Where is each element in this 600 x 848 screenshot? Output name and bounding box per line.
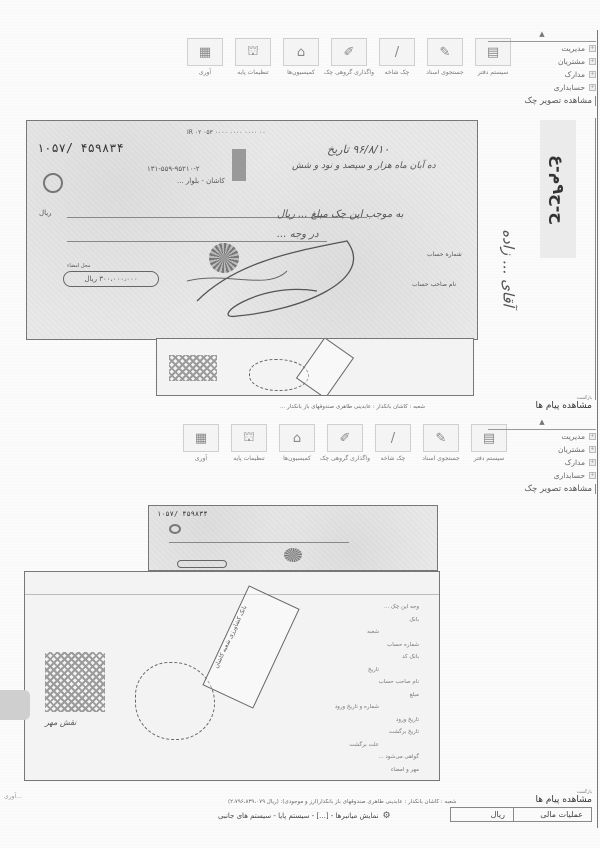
calendar-icon: ▦	[187, 38, 223, 66]
toolbar-button-label: کمیسیون‌ها	[287, 69, 315, 76]
menu-folder-icon: +	[589, 433, 596, 440]
toolbar-button[interactable]: ✎جستجوی اسناد	[420, 424, 462, 462]
cheque-date: ۹۶/۸/۱۰ تاریخ	[327, 143, 389, 156]
document-search-icon: ✎	[423, 424, 459, 452]
date-in-words: ده آبان ماه هزار و سیصد و نود و شش	[292, 161, 436, 171]
signature-scribble	[177, 221, 377, 331]
sheba-number: IR ۰۲ ۰۵۳ ۰۰۰۰ ۰۰۰۰ ۰۰۰۰ ۰۰	[187, 129, 266, 136]
menu-folder-icon: +	[589, 84, 596, 91]
rial-label: ریال	[39, 209, 52, 217]
form-line: شماره حساب	[387, 642, 419, 648]
side-menu-item-label: حسابداری	[554, 83, 585, 92]
bank-icon: ⛫	[231, 424, 267, 452]
messages-header-bottom[interactable]: بازگشت مشاهده پیام ها	[535, 790, 592, 805]
toolbar-button-label: آوری	[195, 455, 207, 462]
gear-icon[interactable]: ⚙	[383, 811, 391, 821]
side-menu-item[interactable]: +مدیریت	[488, 430, 596, 443]
side-menu-item-label: مدارک	[565, 458, 585, 467]
signature-note: محل امضاء	[67, 263, 91, 269]
footer-nav-text[interactable]: نمایش میانبرها - [...] - سیستم پایا - سی…	[218, 812, 379, 820]
branch-text: کاشان - بلوار ...	[177, 177, 225, 185]
form-line: تاریخ ورود	[396, 717, 419, 723]
reference-code-tag: ح-ح۹م-ع	[540, 120, 576, 258]
toolbar-button-label: تنظیمات پایه	[237, 69, 268, 76]
bank-icon: ⛫	[235, 38, 271, 66]
toolbar-button-label: تنظیمات پایه	[233, 455, 264, 462]
amount-box: ۳۰۰،۰۰۰،۰۰۰ ریال	[63, 271, 159, 287]
menu-folder-icon: +	[589, 472, 596, 479]
side-menu-item[interactable]: +مشتریان	[488, 55, 596, 68]
bank-logo	[232, 149, 246, 181]
document-search-icon: ✎	[427, 38, 463, 66]
toolbar-button[interactable]: ⛫تنظیمات پایه	[228, 424, 270, 462]
toolbar-button[interactable]: ▦آوری	[184, 38, 226, 76]
toolbar-button-label: واگذاری گروهی چک	[320, 455, 370, 462]
cheque-back-thumbnail	[156, 338, 474, 396]
bank-emblem	[43, 173, 63, 193]
toolbar-button-label: جستجوی اسناد	[426, 69, 463, 76]
form-line: تاریخ برگشت	[389, 729, 419, 735]
bank-pattern	[45, 652, 105, 712]
toolbar-button-label: چک شاخه	[381, 455, 406, 462]
pen-icon: /	[375, 424, 411, 452]
currency-field[interactable]: ریال	[451, 808, 513, 821]
menu-folder-icon: +	[589, 45, 596, 52]
toolbar-button[interactable]: ⌂کمیسیون‌ها	[276, 424, 318, 462]
side-menu-item[interactable]: +مدارک	[488, 68, 596, 81]
cheque-stack-icon: ✐	[327, 424, 363, 452]
side-menu-bottom: ▲ +مدیریت+مشتریان+مدارک+حسابداری مشاهده …	[488, 418, 596, 494]
cheque-serial: ۱۰۵۷/ ۴۵۹۸۳۴	[37, 141, 124, 155]
form-line: شعبه	[367, 629, 379, 635]
side-menu-item[interactable]: +مدارک	[488, 456, 596, 469]
account-number-label: شماره حساب	[427, 251, 462, 258]
bank-seal-flower	[135, 662, 215, 740]
menu-folder-icon: +	[589, 446, 596, 453]
form-line: علت برگشت	[349, 742, 379, 748]
toolbar-button-label: واگذاری گروهی چک	[324, 69, 374, 76]
toolbar-button[interactable]: ✐واگذاری گروهی چک	[324, 424, 366, 462]
menu-folder-icon: +	[589, 459, 596, 466]
toolbar-button-label: آوری	[199, 69, 211, 76]
toolbar-button[interactable]: ✐واگذاری گروهی چک	[328, 38, 370, 76]
toolbar-button[interactable]: ✎جستجوی اسناد	[424, 38, 466, 76]
side-menu-item-label: مدیریت	[561, 44, 585, 53]
toolbar-button[interactable]: /چک شاخه	[372, 424, 414, 462]
page-mark: ...آوری	[4, 793, 22, 800]
building-icon: ⌂	[283, 38, 319, 66]
form-line: تاریخ	[368, 667, 379, 673]
side-menu-item[interactable]: +مشتریان	[488, 443, 596, 456]
toolbar-button-label: جستجوی اسناد	[422, 455, 459, 462]
form-line: بانک	[409, 617, 419, 623]
form-line: مبلغ	[410, 692, 419, 698]
side-menu-top: ▲ +مدیریت+مشتریان+مدارک+حسابداری مشاهده …	[488, 30, 596, 106]
form-line: گواهی می‌شود ...	[378, 754, 419, 760]
form-line: شماره و تاریخ ورود	[335, 704, 379, 710]
toolbar-button-label: کمیسیون‌ها	[283, 455, 311, 462]
view-cheque-image-title: مشاهده تصویر چک	[488, 484, 596, 494]
financial-ops-button[interactable]: عملیات مالی	[513, 808, 591, 821]
toolbar-bottom: ▤سیستم دفتر✎جستجوی اسناد/چک شاخه✐واگذاری…	[180, 424, 510, 462]
annotation-panel: ح-ح۹م-ع آقای ... زاده	[478, 118, 596, 400]
side-menu-item-label: حسابداری	[554, 471, 585, 480]
cheque-front-small: ۱۰۵۷/ ۴۵۹۸۳۴	[148, 505, 438, 571]
side-menu-item-label: مدارک	[565, 70, 585, 79]
form-line: مهر و امضاء	[391, 767, 419, 773]
branch-stamp: بانک کشاورزی شعبه کاشان	[202, 585, 299, 708]
side-menu-item[interactable]: +مدیریت	[488, 42, 596, 55]
seal-caption: نقش مهر	[45, 718, 76, 727]
form-line: بانک کد	[402, 654, 419, 660]
handwritten-note: آقای ... زاده	[484, 148, 534, 388]
account-holder-label: نام صاحب حساب	[412, 281, 456, 288]
toolbar-button[interactable]: /چک شاخه	[376, 38, 418, 76]
financial-operations-bar: عملیات مالی ریال	[450, 807, 592, 822]
pay-amount-line: به موجب این چک مبلغ ... ریال	[277, 209, 404, 220]
calendar-icon: ▦	[183, 424, 219, 452]
toolbar-button[interactable]: ⌂کمیسیون‌ها	[280, 38, 322, 76]
footer-nav: ⚙ نمایش میانبرها - [...] - سیستم پایا - …	[218, 811, 391, 821]
messages-header-top[interactable]: بازگشت مشاهده پیام ها	[535, 396, 592, 411]
cheque-back-image: وجه این چک ...بانکشعبهشماره حساببانک کدت…	[24, 571, 440, 781]
form-line: نام صاحب حساب	[379, 679, 419, 685]
footer-status-line: شعبه : کاشان بانکدار : عابدینی طاهری صند…	[228, 799, 456, 805]
side-menu-item[interactable]: +حسابداری	[488, 469, 596, 482]
toolbar-top: ▤سیستم دفتر✎جستجوی اسناد/چک شاخه✐واگذاری…	[184, 38, 514, 76]
view-cheque-image-title: مشاهده تصویر چک	[488, 96, 596, 106]
side-menu-item-label: مدیریت	[561, 432, 585, 441]
collapse-toggle[interactable]: ▲	[488, 30, 596, 42]
menu-folder-icon: +	[589, 71, 596, 78]
pen-icon: /	[379, 38, 415, 66]
side-menu-item[interactable]: +حسابداری	[488, 81, 596, 94]
toolbar-button[interactable]: ⛫تنظیمات پایه	[232, 38, 274, 76]
toolbar-button-label: چک شاخه	[385, 69, 410, 76]
account-code: ۱۳۱-۵۵۹-۹۵۲۱۰-۲	[147, 165, 200, 173]
form-line: وجه این چک ...	[384, 604, 419, 610]
side-menu-item-label: مشتریان	[558, 445, 585, 454]
collapse-toggle[interactable]: ▲	[488, 418, 596, 430]
watermark-tab	[0, 690, 30, 720]
cheque-stack-icon: ✐	[331, 38, 367, 66]
building-icon: ⌂	[279, 424, 315, 452]
menu-folder-icon: +	[589, 58, 596, 65]
cheque-front-image: IR ۰۲ ۰۵۳ ۰۰۰۰ ۰۰۰۰ ۰۰۰۰ ۰۰ ۱۰۵۷/ ۴۵۹۸۳۴…	[26, 120, 478, 340]
status-line-top: شعبه : کاشان بانکدار : عابدینی طاهری صند…	[280, 404, 425, 410]
side-menu-item-label: مشتریان	[558, 57, 585, 66]
toolbar-button[interactable]: ▦آوری	[180, 424, 222, 462]
